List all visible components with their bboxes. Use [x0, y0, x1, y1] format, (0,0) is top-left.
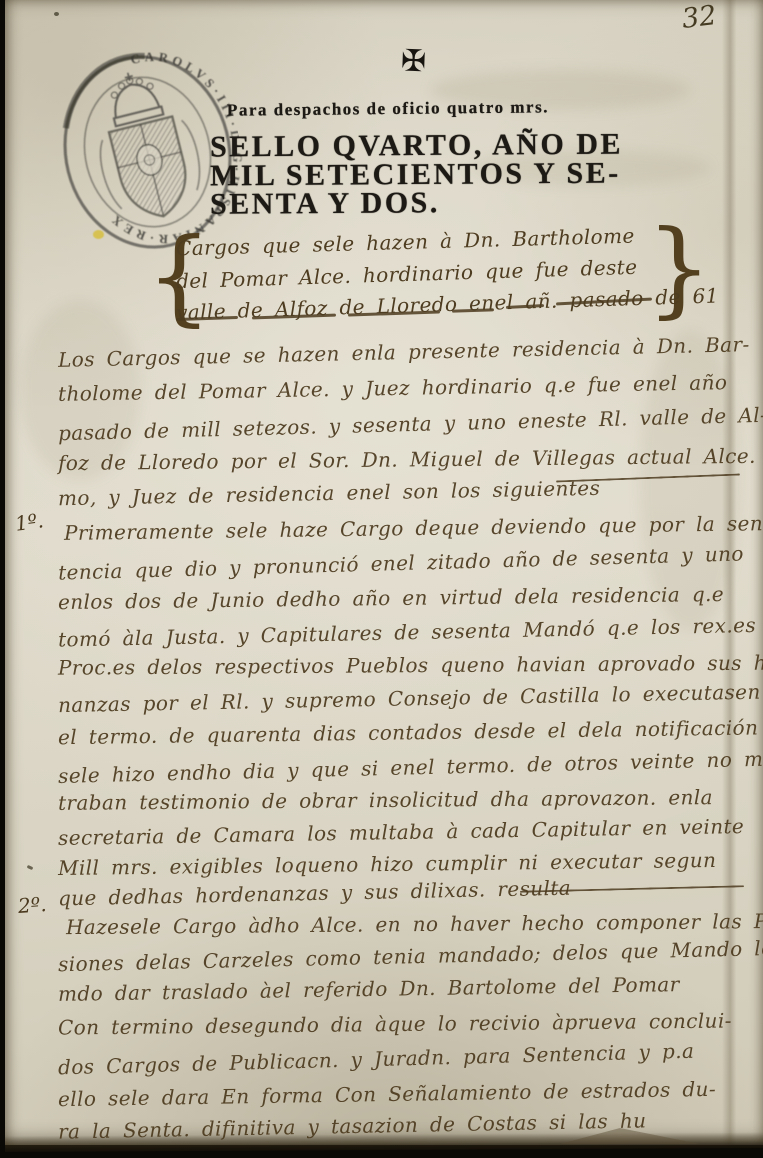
- printed-rubric: Para despachos de oficio quatro mrs.: [227, 97, 549, 120]
- paper-crease: [722, 0, 740, 1145]
- cross-icon: ✠: [400, 44, 426, 80]
- ink-speck: [54, 12, 59, 16]
- printed-title-line-3: SENTA Y DOS.: [210, 186, 440, 222]
- folio-number: 32: [680, 0, 718, 35]
- paper-crease-peak: [560, 1128, 700, 1144]
- margin-mark-2: 2º.: [17, 892, 47, 918]
- margin-mark-1: 1º.: [13, 508, 45, 536]
- body-line: Proc.es delos respectivos Pueblos queno …: [58, 650, 763, 679]
- seal-crown: [104, 67, 163, 126]
